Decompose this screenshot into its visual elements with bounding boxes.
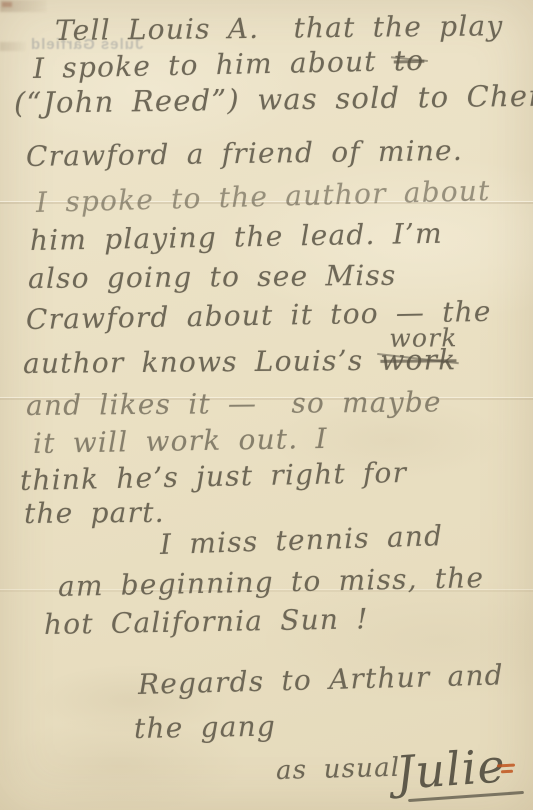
letter-line-text: author knows Louis’s [23,344,381,380]
letter-line-text: I spoke to him about [33,44,394,85]
letter-line: and likes it — so maybe [26,385,442,422]
letter-line: the part. [24,496,165,530]
signature-name: Julie [394,738,507,800]
letter-line: am beginning to miss, the [58,561,485,603]
letter-line: Regards to Arthur and [138,658,505,701]
letter-line: I spoke to the author about [36,174,491,219]
letter-line: hot California Sun ! [44,602,369,641]
paper-smudge [2,2,12,7]
letter-line: also going to see Miss [28,259,397,295]
letter-line: I miss tennis and [159,519,443,561]
correction: to [393,44,424,78]
letter-line: the gang [134,710,276,745]
letter-page: Jules Garfield Tell Louis A. that the pl… [0,0,533,810]
strikethrough-word: to [393,44,424,78]
letter-line: Tell Louis A. that the play [55,9,504,47]
letter-line: think he’s just right for [20,456,408,497]
letter-line: (“John Reed”) was sold to Cheryl [14,78,533,120]
letter-line: him playing the lead. I’m [30,217,443,257]
red-pencil-mark [497,764,521,776]
inserted-word: work [389,323,458,353]
letter-line: Crawford a friend of mine. [26,134,463,173]
letter-line: I spoke to him about to [33,44,425,85]
signature: Julie [394,738,507,800]
correction: workwork [380,343,456,377]
letter-line: author knows Louis’s workwork [23,343,457,380]
letter-line: it will work out. I [33,422,328,460]
paper-smudge [0,42,26,51]
letter-closing: as usual [276,753,401,786]
paper-smudge [0,0,46,12]
